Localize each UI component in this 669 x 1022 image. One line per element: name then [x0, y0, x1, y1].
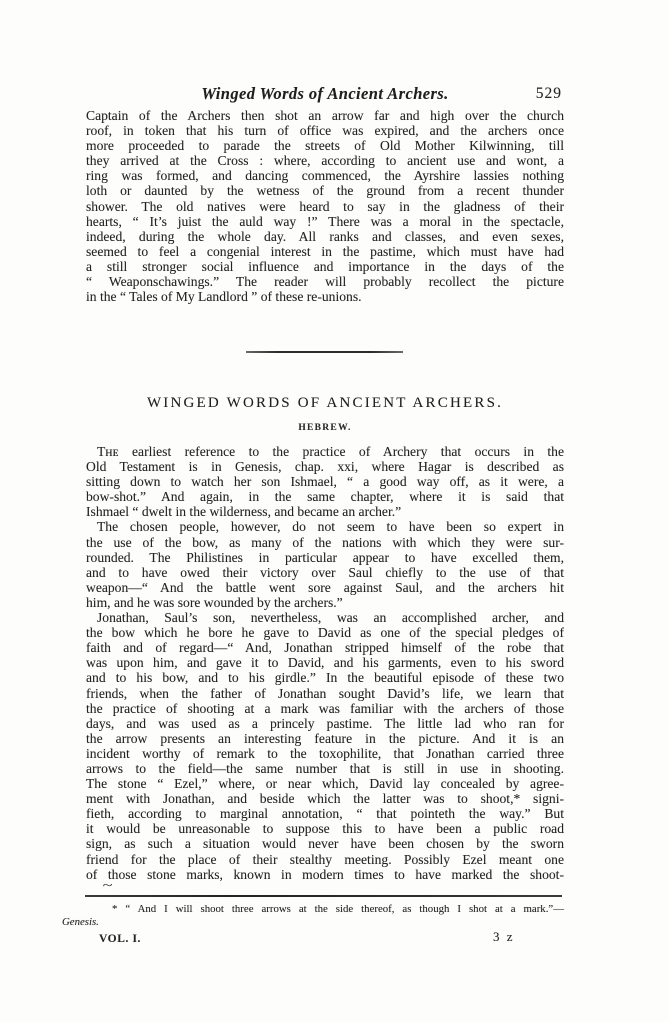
text-line: a still stronger social influence and im… — [86, 259, 564, 274]
text-line: shower. The old natives were heard to sa… — [86, 199, 564, 214]
text-line: more proceeded to parade the streets of … — [86, 138, 564, 153]
continuation-paragraph: Captain of the Archers then shot an arro… — [86, 108, 564, 304]
text-line: fieth, according to marginal annotation,… — [86, 806, 564, 821]
book-page: Winged Words of Ancient Archers. 529 Cap… — [0, 0, 669, 1022]
footnote-text: * “ And I will shoot three arrows at the… — [112, 903, 564, 915]
footnote-source: Genesis. — [62, 916, 99, 928]
paragraph: Jonathan, Saul’s son, nevertheless, was … — [86, 610, 564, 882]
article-title: WINGED WORDS OF ANCIENT ARCHERS. — [86, 395, 564, 412]
signature-mark: 3 z — [493, 929, 515, 945]
text-line: faith and of regard—“ And, Jonathan stri… — [86, 640, 564, 655]
text-line: rounded. The Philistines in particular a… — [86, 550, 564, 565]
print-artifact-mark: ~ — [103, 877, 113, 893]
text-line: Ishmael “ dwelt in the wilderness, and b… — [86, 504, 564, 519]
text-line: and to his bow, and to his girdle.” In t… — [86, 670, 564, 685]
section-divider-rule — [246, 351, 403, 353]
text-line: weapon—“ And the battle went sore agains… — [86, 580, 564, 595]
article-subtitle: HEBREW. — [86, 423, 564, 433]
paragraph: Tʜᴇ earliest reference to the practice o… — [86, 444, 564, 519]
text-line: days, and was used as a princely pastime… — [86, 716, 564, 731]
volume-label: VOL. I. — [99, 933, 141, 945]
footnote-divider-rule — [85, 895, 562, 897]
text-line: bow-shot.” And again, in the same chapte… — [86, 489, 564, 504]
text-line: The stone “ Ezel,” where, or near which,… — [86, 776, 564, 791]
text-line: of those stone marks, known in modern ti… — [86, 867, 564, 882]
text-line: him, and he was sore wounded by the arch… — [86, 595, 564, 610]
text-line: seemed to feel a congenial interest in t… — [86, 244, 564, 259]
running-header: Winged Words of Ancient Archers. 529 — [86, 84, 564, 104]
text-line: loth or daunted by the wetness of the gr… — [86, 183, 564, 198]
text-line: The chosen people, however, do not seem … — [86, 519, 564, 534]
running-title: Winged Words of Ancient Archers. — [86, 84, 564, 104]
page-number: 529 — [536, 85, 562, 103]
article-body: Tʜᴇ earliest reference to the practice o… — [86, 444, 564, 882]
text-line: they arrived at the Cross : where, accor… — [86, 153, 564, 168]
text-line: Old Testament is in Genesis, chap. xxi, … — [86, 459, 564, 474]
text-line: ment with Jonathan, and beside which the… — [86, 791, 564, 806]
text-line: friends, when the father of Jonathan sou… — [86, 686, 564, 701]
text-line: “ Weaponschawings.” The reader will prob… — [86, 274, 564, 289]
page-footer: VOL. I. 3 z — [86, 929, 564, 945]
text-line: indeed, during the whole day. All ranks … — [86, 229, 564, 244]
text-line: the practice of shooting at a mark was f… — [86, 701, 564, 716]
text-line: incident worthy of remark to the toxophi… — [86, 746, 564, 761]
text-line: the arrow presents an interesting featur… — [86, 731, 564, 746]
text-line: in the “ Tales of My Landlord ” of these… — [86, 289, 564, 304]
text-line: the bow which he bore he gave to David a… — [86, 625, 564, 640]
text-line: hearts, “ It’s juist the auld way !” The… — [86, 214, 564, 229]
text-line: it would be unreasonable to suppose this… — [86, 821, 564, 836]
text-line: Tʜᴇ earliest reference to the practice o… — [86, 444, 564, 459]
text-line: the use of the bow, as many of the natio… — [86, 535, 564, 550]
text-line: sitting down to watch her son Ishmael, “… — [86, 474, 564, 489]
text-line: Jonathan, Saul’s son, nevertheless, was … — [86, 610, 564, 625]
text-line: Captain of the Archers then shot an arro… — [86, 108, 564, 123]
text-line: roof, in token that his turn of office w… — [86, 123, 564, 138]
text-line: was upon him, and gave it to David, and … — [86, 655, 564, 670]
footnote: * “ And I will shoot three arrows at the… — [62, 903, 564, 928]
text-line: and to have owed their victory over Saul… — [86, 565, 564, 580]
paragraph: The chosen people, however, do not seem … — [86, 519, 564, 610]
text-line: friend for the place of their stealthy m… — [86, 852, 564, 867]
text-line: arrows to the field—the same number that… — [86, 761, 564, 776]
text-line: sign, as such a situation would never ha… — [86, 836, 564, 851]
text-line: ring was formed, and dancing commenced, … — [86, 168, 564, 183]
